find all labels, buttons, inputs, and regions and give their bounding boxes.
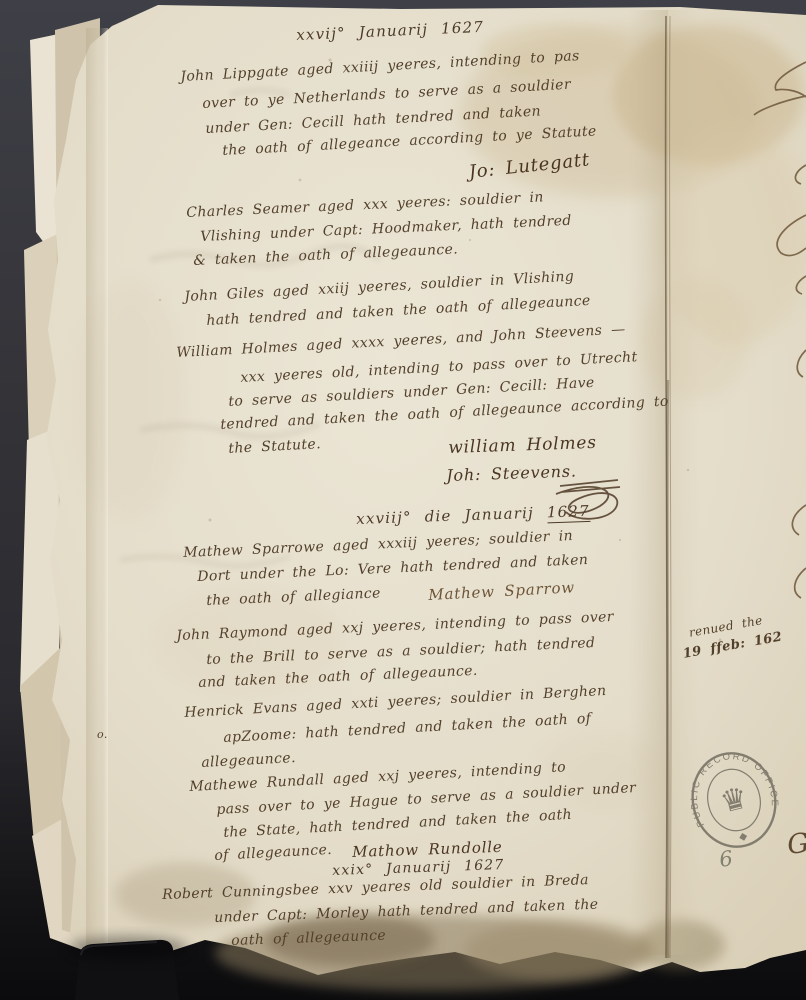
book-weight bbox=[68, 936, 188, 1000]
manuscript-artwork: PUBLIC RECORD OFFICE ♛ bbox=[0, 0, 806, 1000]
gutter-fold bbox=[628, 10, 700, 958]
manuscript-photo: PUBLIC RECORD OFFICE ♛ xxvij° Januarij 1… bbox=[0, 0, 806, 1000]
left-crease bbox=[86, 28, 108, 953]
page-sheet bbox=[46, 5, 806, 991]
